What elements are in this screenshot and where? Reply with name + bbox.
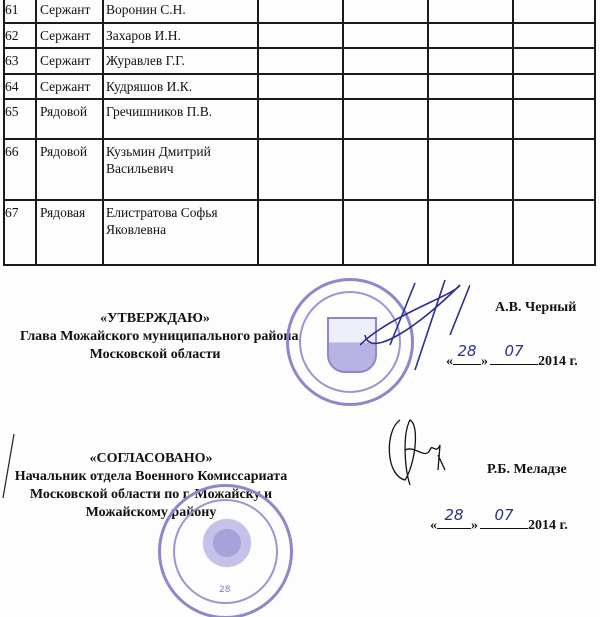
empty-cell bbox=[514, 100, 598, 138]
empty-cell bbox=[344, 140, 429, 199]
empty-cell bbox=[429, 49, 514, 73]
row-number: 62 bbox=[5, 24, 37, 47]
table-row: 63СержантЖуравлев Г.Г. bbox=[5, 49, 594, 75]
approve-signer-name: А.В. Черный bbox=[495, 300, 576, 316]
empty-cell bbox=[259, 49, 344, 73]
empty-cell bbox=[259, 24, 344, 47]
approve-heading: «УТВЕРЖДАЮ» bbox=[20, 310, 290, 328]
row-name: Захаров И.Н. bbox=[104, 24, 259, 47]
table-row: 66РядовойКузьмин Дмитрий Васильевич bbox=[5, 140, 594, 201]
empty-cell bbox=[344, 201, 429, 264]
row-number: 66 bbox=[5, 140, 37, 199]
approve-date-day: 28 bbox=[453, 342, 481, 360]
empty-cell bbox=[514, 75, 598, 98]
empty-cell bbox=[259, 140, 344, 199]
row-number: 65 bbox=[5, 100, 37, 138]
table-row: 62СержантЗахаров И.Н. bbox=[5, 24, 594, 49]
empty-cell bbox=[514, 0, 598, 22]
empty-cell bbox=[429, 201, 514, 264]
agree-position-line1: Начальник отдела Военного Комиссариата bbox=[5, 468, 297, 486]
approve-block: «УТВЕРЖДАЮ» Глава Можайского муниципальн… bbox=[20, 310, 290, 364]
table-row: 65РядовойГречишников П.В. bbox=[5, 100, 594, 140]
empty-cell bbox=[429, 0, 514, 22]
empty-cell bbox=[259, 201, 344, 264]
military-commissariat-seal: 28 bbox=[158, 484, 293, 617]
table-row: 61СержантВоронин С.Н. bbox=[5, 0, 594, 24]
row-number: 63 bbox=[5, 49, 37, 73]
agree-date-month: 07 bbox=[480, 506, 528, 524]
empty-cell bbox=[344, 49, 429, 73]
approve-date: «28»072014 г. bbox=[446, 350, 578, 370]
row-rank: Сержант bbox=[37, 49, 104, 73]
empty-cell bbox=[344, 100, 429, 138]
approve-position-line2: Московской области bbox=[20, 346, 290, 364]
row-rank: Рядовая bbox=[37, 201, 104, 264]
approve-date-month: 07 bbox=[490, 342, 538, 360]
empty-cell bbox=[429, 24, 514, 47]
empty-cell bbox=[429, 140, 514, 199]
approve-position-line1: Глава Можайского муниципального района bbox=[20, 328, 290, 346]
empty-cell bbox=[514, 201, 598, 264]
empty-cell bbox=[514, 24, 598, 47]
row-name: Воронин С.Н. bbox=[104, 0, 259, 22]
seal-number: 28 bbox=[219, 585, 230, 595]
agree-date-day: 28 bbox=[437, 506, 471, 524]
empty-cell bbox=[344, 0, 429, 22]
empty-cell bbox=[514, 49, 598, 73]
row-name: Кузьмин Дмитрий Васильевич bbox=[104, 140, 259, 199]
empty-cell bbox=[429, 100, 514, 138]
row-rank: Сержант bbox=[37, 24, 104, 47]
row-rank: Сержант bbox=[37, 0, 104, 22]
row-name: Журавлев Г.Г. bbox=[104, 49, 259, 73]
agree-date: «28»072014 г. bbox=[430, 514, 568, 534]
row-name: Кудряшов И.К. bbox=[104, 75, 259, 98]
empty-cell bbox=[259, 100, 344, 138]
row-number: 61 bbox=[5, 0, 37, 22]
row-rank: Сержант bbox=[37, 75, 104, 98]
row-name: Гречишников П.В. bbox=[104, 100, 259, 138]
empty-cell bbox=[344, 24, 429, 47]
agree-signer-name: Р.Б. Меладзе bbox=[487, 462, 567, 478]
row-number: 64 bbox=[5, 75, 37, 98]
empty-cell bbox=[344, 75, 429, 98]
table-row: 67РядоваяЕлистратова Софья Яковлевна bbox=[5, 201, 594, 264]
empty-cell bbox=[514, 140, 598, 199]
row-name: Елистратова Софья Яковлевна bbox=[104, 201, 259, 264]
agree-heading: «СОГЛАСОВАНО» bbox=[5, 450, 297, 468]
table-row: 64СержантКудряшов И.К. bbox=[5, 75, 594, 100]
empty-cell bbox=[429, 75, 514, 98]
double-headed-eagle-icon bbox=[199, 515, 255, 571]
empty-cell bbox=[259, 0, 344, 22]
personnel-table: 61СержантВоронин С.Н.62СержантЗахаров И.… bbox=[3, 0, 596, 266]
row-rank: Рядовой bbox=[37, 100, 104, 138]
signature-meladze bbox=[380, 415, 455, 490]
empty-cell bbox=[259, 75, 344, 98]
row-number: 67 bbox=[5, 201, 37, 264]
row-rank: Рядовой bbox=[37, 140, 104, 199]
